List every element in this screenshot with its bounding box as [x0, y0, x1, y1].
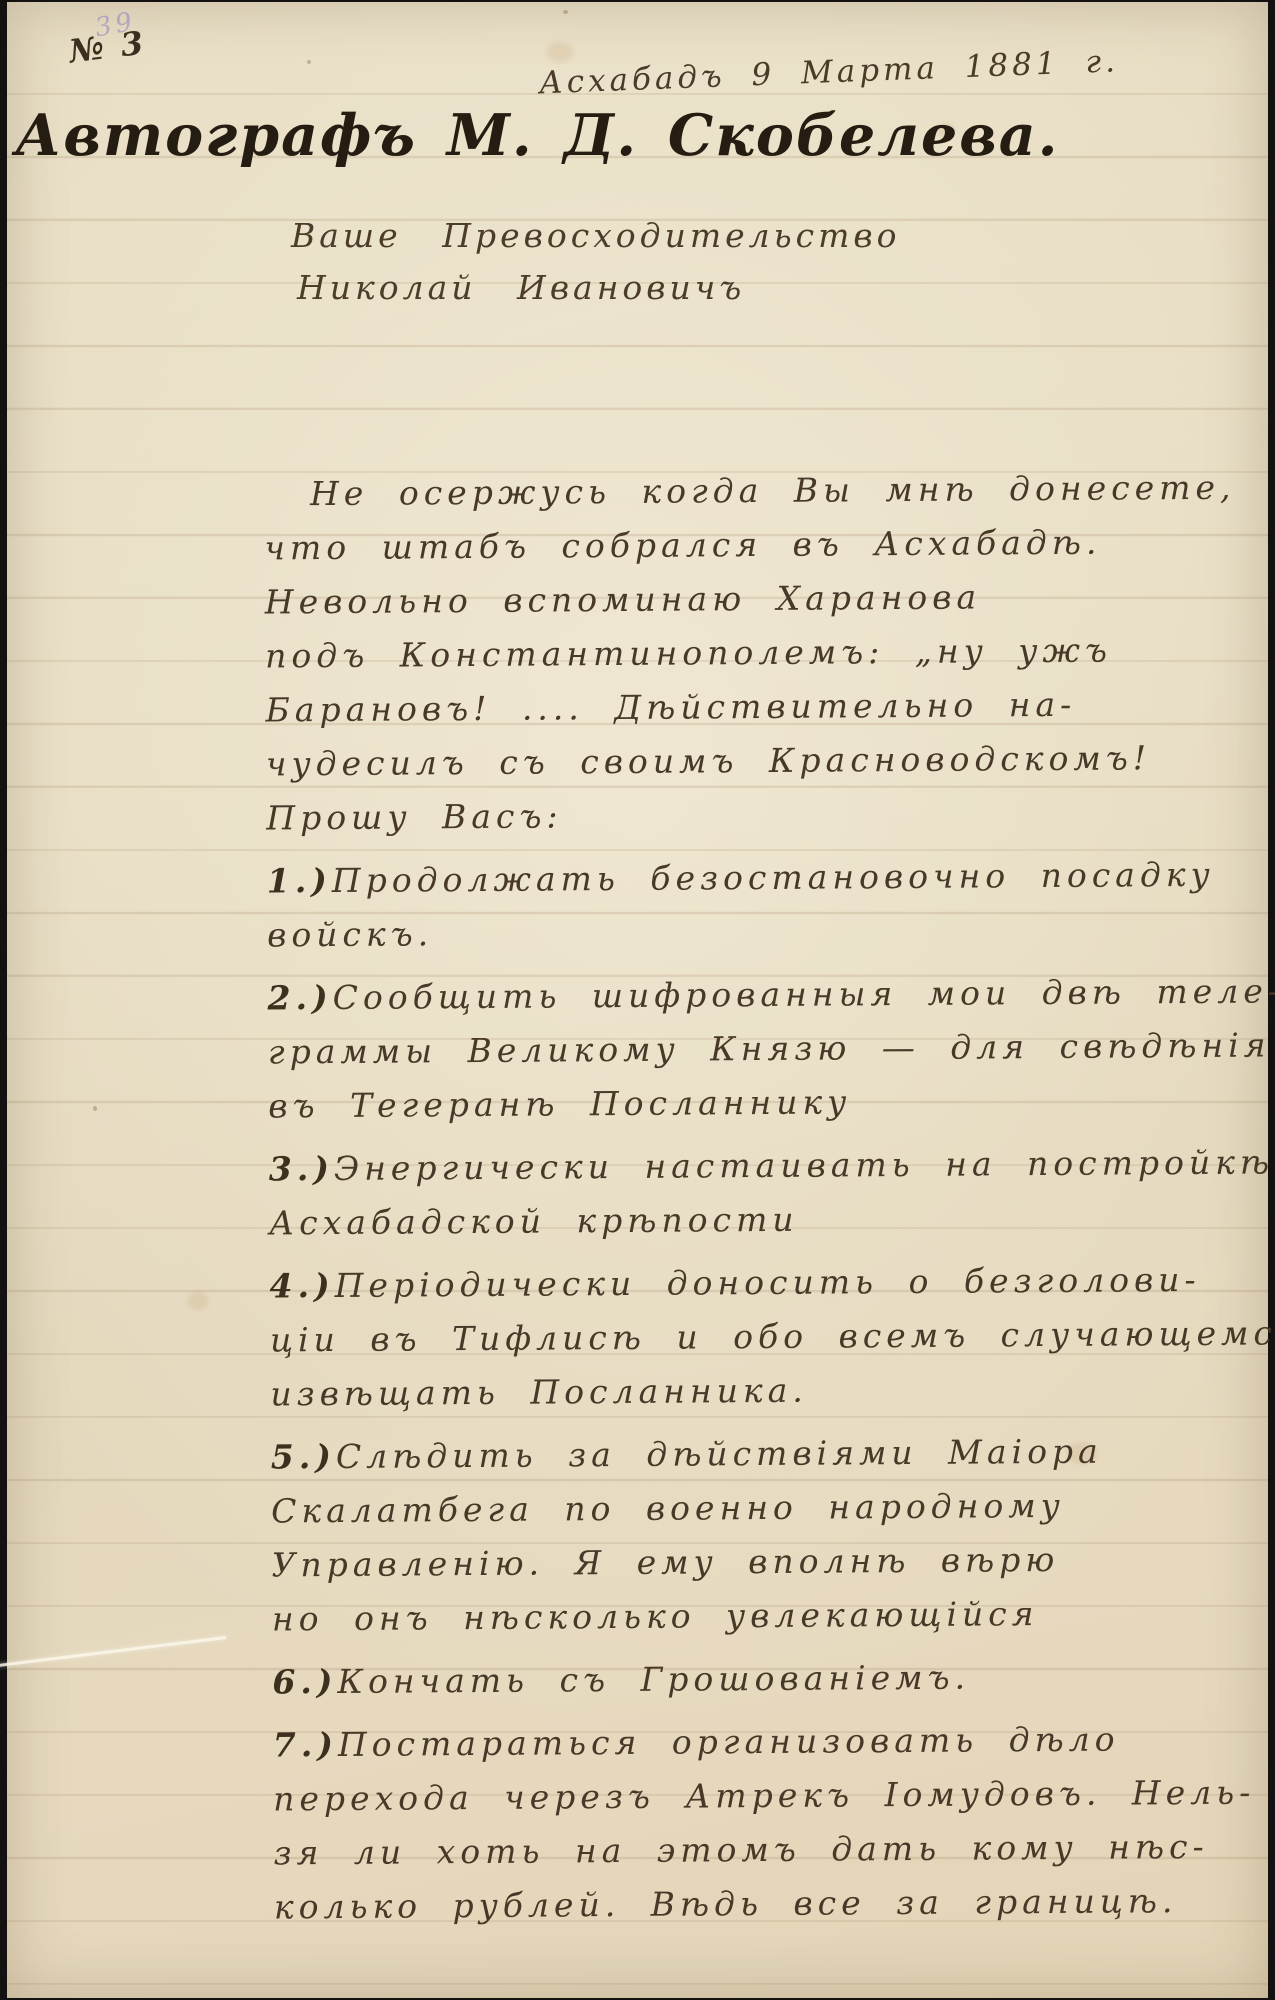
manuscript-line: войскъ. [267, 902, 1257, 963]
manuscript-line: въ Тегеранѣ Посланнику [268, 1073, 1258, 1134]
list-item-number: 5.) [271, 1430, 336, 1484]
manuscript-line: чудесилъ съ своимъ Красноводскомъ! [266, 731, 1256, 792]
body-paragraph-line: чудесилъ съ своимъ Красноводскомъ! [266, 738, 1151, 783]
list-item-number: 7.) [273, 1718, 338, 1772]
list-item-line: Слѣдить за дѣйствіями Маіора [336, 1432, 1103, 1476]
list-item-line: Періодически доносить о безголови- [335, 1260, 1201, 1305]
list-item-number: 6.) [272, 1655, 337, 1709]
manuscript-line: 5.)Слѣдить за дѣйствіями Маіора [271, 1424, 1261, 1485]
body-paragraph-line: Барановъ! .... Дѣйствительно на- [265, 685, 1076, 730]
list-item-line: Управленію. Я ему вполнѣ вѣрю [271, 1540, 1059, 1584]
list-item-line: ціи въ Тифлисѣ и обо всемъ случающемся [270, 1313, 1275, 1359]
manuscript-line: подъ Константинополемъ: „ну ужъ [265, 623, 1255, 684]
manuscript-line: 6.)Кончать съ Грошованіемъ. [272, 1649, 1262, 1710]
list-item-line: извѣщать Посланника. [270, 1371, 808, 1414]
list-item-line: перехода черезъ Атрекъ Іомудовъ. Нель- [273, 1773, 1255, 1819]
salutation-line: Николай Ивановичъ [291, 262, 901, 314]
manuscript-line: Управленію. Я ему вполнѣ вѣрю [271, 1532, 1261, 1593]
ink-speck [563, 10, 568, 14]
ink-speck [93, 1106, 97, 1111]
manuscript-line: что штабъ собрался въ Асхабадѣ. [264, 515, 1254, 576]
scan-background: { "page": { "archival_mark": "39", "numb… [0, 0, 1275, 2000]
manuscript-line: 7.)Постараться организовать дѣло [273, 1712, 1263, 1773]
manuscript-line: 1.)Продолжать безостановочно посадку [267, 848, 1257, 909]
manuscript-line: Барановъ! .... Дѣйствительно на- [265, 677, 1255, 738]
list-item-line: граммы Великому Князю — для свѣдѣнія [268, 1025, 1271, 1071]
manuscript-line: но онъ нѣсколько увлекающійся [272, 1586, 1262, 1647]
page-title: Автографъ М. Д. Скобелева. [15, 102, 1059, 169]
manuscript-page: 39 № 3 Асхабадъ 9 Марта 1881 г. Автограф… [7, 2, 1268, 1998]
ink-speck [307, 60, 311, 64]
body-paragraph-line: что штабъ собрался въ Асхабадѣ. [264, 523, 1101, 568]
body: Не осержусь когда Вы мнѣ донесете,что шт… [264, 461, 1264, 1935]
manuscript-line: Не осержусь когда Вы мнѣ донесете, [264, 461, 1254, 522]
manuscript-line: перехода черезъ Атрекъ Іомудовъ. Нель- [273, 1766, 1263, 1827]
list-item-line: Асхабадской крѣпости [269, 1200, 799, 1243]
body-paragraph-line: Прошу Васъ: [266, 796, 562, 837]
salutation-line: Ваше Превосходительство [291, 210, 901, 262]
list-item-line: Сообщить шифрованныя мои двѣ теле- [333, 971, 1275, 1017]
manuscript-line: колько рублей. Вѣдь все за границѣ. [274, 1874, 1264, 1935]
body-paragraph-line: подъ Константинополемъ: „ну ужъ [265, 631, 1112, 676]
document-number: № 3 [67, 23, 148, 70]
body-paragraph-line: Невольно вспоминаю Харанова [265, 577, 982, 621]
manuscript-line: Асхабадской крѣпости [269, 1190, 1259, 1251]
list-item-number: 1.) [267, 854, 332, 908]
manuscript-line: зя ли хоть на этомъ дать кому нѣс- [273, 1820, 1263, 1881]
list-item-line: Скалатбега по военно народному [271, 1486, 1065, 1531]
manuscript-line: Скалатбега по военно народному [271, 1478, 1261, 1539]
foxing-spot [187, 1292, 209, 1310]
manuscript-line: граммы Великому Князю — для свѣдѣнія [268, 1019, 1258, 1080]
manuscript-line: извѣщать Посланника. [270, 1361, 1260, 1422]
manuscript-line: Невольно вспоминаю Харанова [265, 569, 1255, 630]
manuscript-line: ціи въ Тифлисѣ и обо всемъ случающемся [270, 1307, 1260, 1368]
list-item-number: 4.) [269, 1259, 334, 1313]
list-item-line: въ Тегеранѣ Посланнику [268, 1082, 851, 1125]
list-item-line: Продолжать безостановочно посадку [332, 855, 1215, 900]
list-item-line: но онъ нѣсколько увлекающійся [272, 1594, 1039, 1638]
list-item-number: 2.) [267, 971, 332, 1025]
salutation-block: Ваше Превосходительство Николай Иванович… [291, 210, 901, 314]
foxing-spot [547, 42, 573, 62]
dateline: Асхабадъ 9 Марта 1881 г. [539, 39, 1240, 102]
manuscript-line: 2.)Сообщить шифрованныя мои двѣ теле- [267, 965, 1257, 1026]
manuscript-line: 4.)Періодически доносить о безголови- [269, 1253, 1259, 1314]
manuscript-line: Прошу Васъ: [266, 785, 1256, 846]
paper-scratch [0, 1636, 226, 1667]
list-item-number: 3.) [269, 1142, 334, 1196]
list-item-line: зя ли хоть на этомъ дать кому нѣс- [273, 1827, 1208, 1873]
body-paragraph-line: Не осержусь когда Вы мнѣ донесете, [310, 468, 1236, 513]
list-item-line: колько рублей. Вѣдь все за границѣ. [274, 1881, 1178, 1926]
list-item-line: Кончать съ Грошованіемъ. [337, 1658, 970, 1701]
list-item-line: войскъ. [267, 914, 433, 954]
list-item-line: Энергически настаивать на постройкѣ [334, 1142, 1274, 1188]
manuscript-line: 3.)Энергически настаивать на постройкѣ [269, 1136, 1259, 1197]
list-item-line: Постараться организовать дѣло [338, 1720, 1120, 1764]
